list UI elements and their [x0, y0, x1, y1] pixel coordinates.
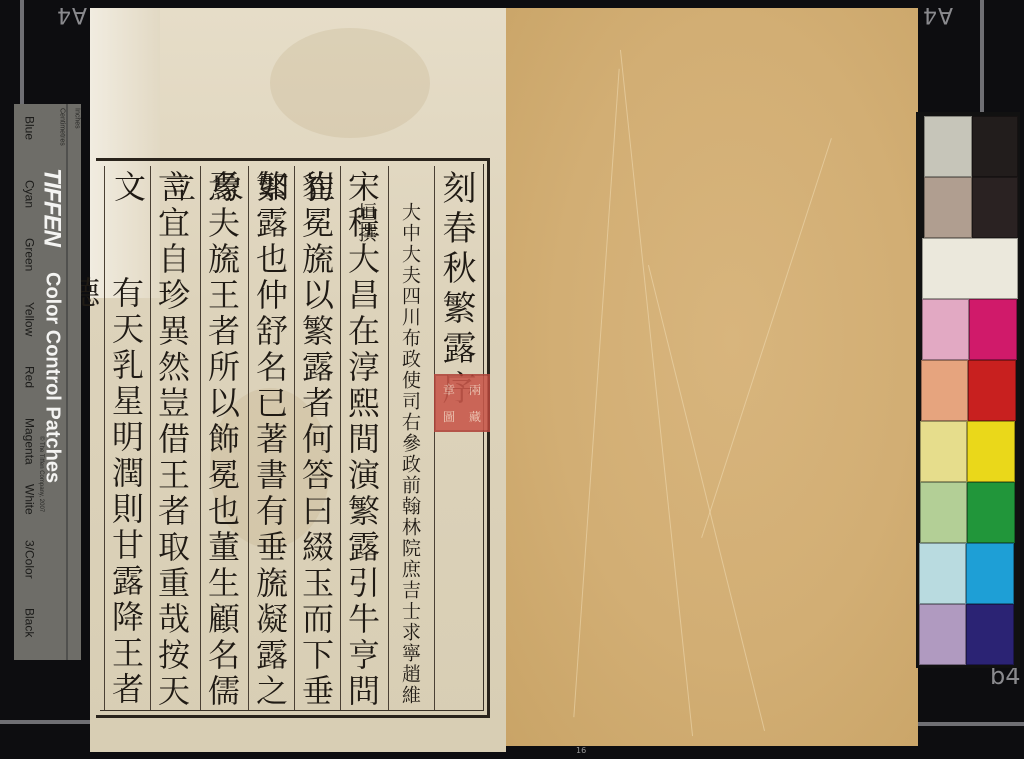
seal-char: 藏: [462, 408, 488, 425]
red-seal-stamp: 章 兩 圖 藏: [434, 374, 490, 432]
bench-line-horizontal-left: [0, 720, 96, 724]
patch-green: [967, 482, 1015, 543]
patch-lavender: [919, 604, 966, 665]
patch-peach: [921, 360, 968, 421]
crease: [620, 50, 693, 736]
book-cover-leaf: [505, 8, 918, 746]
bench-line-vertical-left: [20, 0, 24, 110]
seal-char: 章: [436, 381, 462, 398]
patch-cyan: [966, 543, 1014, 604]
centimetres-label: Centimetres: [58, 108, 65, 146]
bottom-number: 16: [576, 746, 586, 755]
patch-light-yellow: [920, 421, 967, 482]
patch-black: [972, 116, 1018, 177]
crease: [701, 138, 832, 538]
color-patch-chart: [916, 112, 1020, 668]
stain: [270, 28, 430, 138]
seal-char: 圖: [436, 408, 462, 425]
text-column-4: 焉夫旒王者所以飾冕也董生顧名儒立: [200, 166, 244, 710]
text-column-title: 刻春秋繁露序: [434, 166, 478, 710]
patch-light-green: [920, 482, 967, 543]
ruler: Inches: [66, 104, 81, 660]
bench-line-vertical-right: [980, 0, 984, 115]
patch-yellow: [967, 421, 1015, 482]
crease: [648, 265, 765, 731]
text-column-byline: 大中大夫四川布政使司右參政前翰林院庶吉士求寧趙維垣撰: [388, 166, 432, 710]
color-label-3color: 3/Color: [22, 540, 36, 579]
crease: [573, 69, 619, 717]
text-column-1: 宋程大昌在淳熙間演繁露引牛亨問崔: [340, 166, 384, 710]
patch-indigo: [966, 604, 1014, 665]
bench-line-horizontal-right: [916, 722, 1024, 726]
patch-dark-brown: [972, 177, 1018, 238]
patch-white: [922, 238, 1018, 299]
tiffen-color-control-strip: Inches Centimetres TIFFEN Color Control …: [14, 104, 81, 660]
patch-magenta: [969, 299, 1017, 360]
color-label-blue: Blue: [22, 116, 36, 140]
color-label-white: White: [22, 484, 36, 515]
tiffen-logo: TIFFEN: [37, 168, 65, 246]
color-label-cyan: Cyan: [22, 180, 36, 208]
patch-red: [968, 360, 1016, 421]
copyright-text: © The Tiffen Company, 2007: [38, 436, 44, 546]
text-column-6: 有天乳星明潤則甘露降王者德: [104, 166, 148, 710]
color-labels: Blue Cyan Green Yellow Red Magenta White…: [18, 104, 36, 660]
text-column-5: 言宜自珍異然豈借王者取重哉按天文: [150, 166, 194, 710]
patch-light-pink: [922, 299, 969, 360]
color-label-black: Black: [22, 608, 36, 637]
color-label-magenta: Magenta: [22, 418, 36, 465]
a4-mark-right: A4: [922, 2, 953, 27]
seal-char: 兩: [462, 381, 488, 398]
color-label-red: Red: [22, 366, 36, 388]
color-label-yellow: Yellow: [22, 302, 36, 336]
color-label-green: Green: [22, 238, 36, 271]
text-column-2: 豹冕旒以繁露者何答曰綴玉而下垂如: [294, 166, 338, 710]
text-column-3: 繁露也仲舒名已著書有垂旒凝露之象: [248, 166, 292, 710]
patch-light-cyan: [919, 543, 966, 604]
a4-mark-left: A4: [56, 2, 87, 27]
inches-label: Inches: [73, 108, 80, 129]
patch-taupe: [924, 177, 972, 238]
patch-light-gray: [924, 116, 972, 177]
